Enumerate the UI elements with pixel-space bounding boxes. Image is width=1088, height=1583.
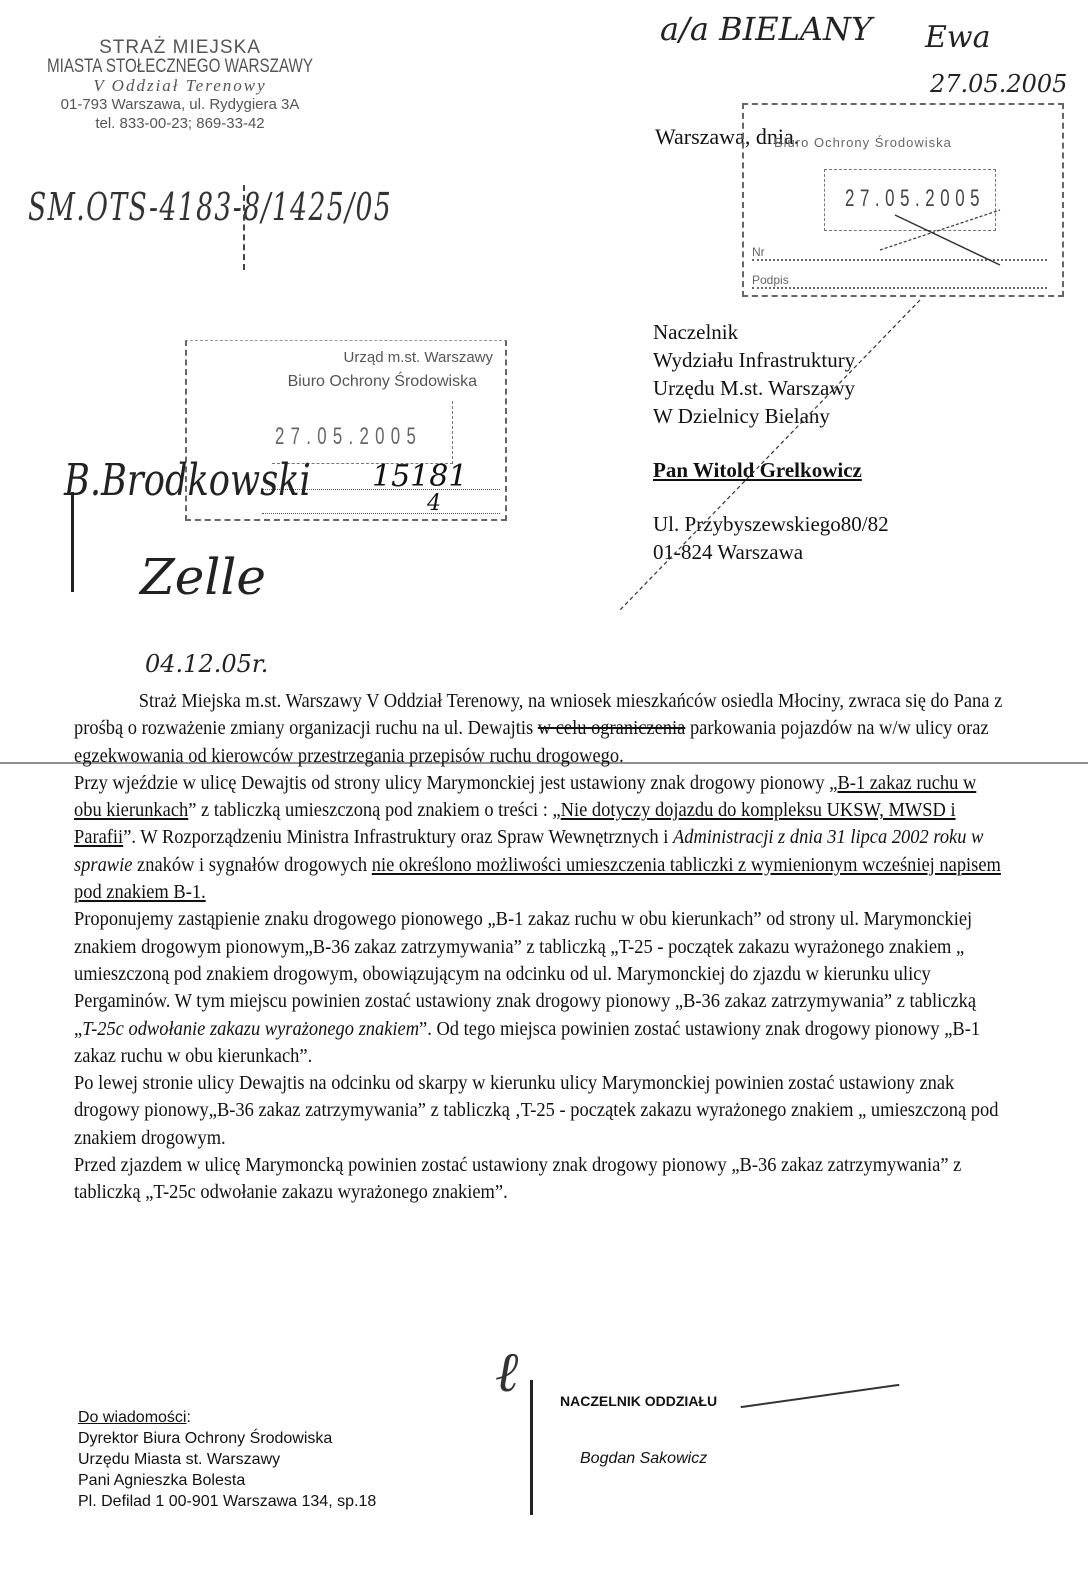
cc-line: Dyrektor Biura Ochrony Środowiska	[78, 1428, 376, 1449]
letter-body: Straż Miejska m.st. Warszawy V Oddział T…	[74, 688, 1004, 1207]
signatory-name: Bogdan Sakowicz	[580, 1450, 707, 1468]
signatory-title: NACZELNIK ODDZIAŁU	[560, 1393, 717, 1409]
paragraph-5: Przed zjazdem w ulicę Marymoncką powinie…	[74, 1152, 1004, 1207]
paragraph-1: Straż Miejska m.st. Warszawy V Oddział T…	[74, 688, 1004, 770]
cc-line: Pani Agnieszka Bolesta	[78, 1470, 376, 1491]
cc-line: Pl. Defilad 1 00-901 Warszawa 134, sp.18	[78, 1491, 376, 1512]
signature-scrawl: ℓ	[495, 1340, 518, 1405]
paragraph-2: Przy wjeździe w ulicę Dewajtis od strony…	[74, 770, 1004, 906]
paragraph-3: Proponujemy zastąpienie znaku drogowego …	[74, 906, 1004, 1070]
paragraph-4: Po lewej stronie ulicy Dewajtis na odcin…	[74, 1070, 1004, 1152]
signature-stroke	[530, 1380, 533, 1515]
cc-block: Do wiadomości: Dyrektor Biura Ochrony Śr…	[78, 1407, 376, 1512]
cc-line: Urzędu Miasta st. Warszawy	[78, 1449, 376, 1470]
cc-heading: Do wiadomości	[78, 1409, 186, 1426]
